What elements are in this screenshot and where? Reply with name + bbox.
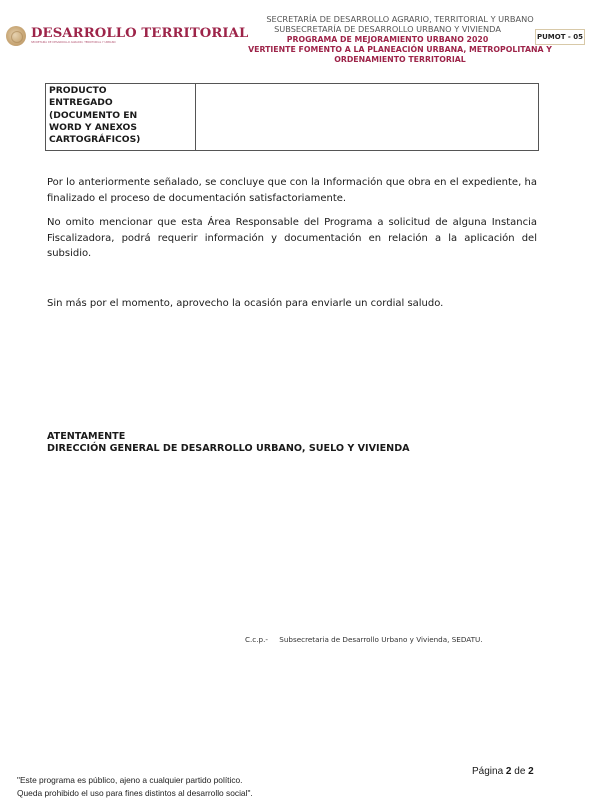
- signature-block: ATENTAMENTE DIRECCIÓN GENERAL DE DESARRO…: [47, 431, 410, 455]
- page-total: 2: [528, 766, 534, 777]
- page-of: de: [514, 766, 525, 777]
- label-line: (DOCUMENTO EN: [49, 110, 192, 122]
- ccp-recipient: Subsecretaria de Desarrollo Urbano y Viv…: [279, 635, 482, 644]
- header-ordenamiento: ORDENAMIENTO TERRITORIAL: [235, 55, 565, 65]
- carbon-copy: C.c.p.- Subsecretaria de Desarrollo Urba…: [245, 635, 483, 644]
- logo-title: DESARROLLO TERRITORIAL: [31, 27, 248, 41]
- signatory-text: DIRECCIÓN GENERAL DE DESARROLLO URBANO, …: [47, 443, 410, 455]
- page-current: 2: [506, 766, 512, 777]
- label-line: CARTOGRÁFICOS): [49, 134, 192, 146]
- page-label: Página: [472, 766, 503, 777]
- page-number: Página 2 de 2: [472, 766, 534, 777]
- brand-logo: DESARROLLO TERRITORIAL SECRETARÍA DE DES…: [6, 26, 248, 46]
- paragraph-fiscalization: No omito mencionar que esta Área Respons…: [47, 215, 537, 262]
- header-vertiente: VERTIENTE FOMENTO A LA PLANEACIÓN URBANA…: [235, 45, 565, 55]
- closing-text: ATENTAMENTE: [47, 431, 410, 443]
- product-table: PRODUCTO ENTREGADO (DOCUMENTO EN WORD Y …: [45, 83, 539, 151]
- header-subsecretaria: SUBSECRETARÍA DE DESARROLLO URBANO Y VIV…: [235, 25, 540, 35]
- footer-disclaimer: "Este programa es público, ajeno a cualq…: [17, 774, 253, 800]
- logo-text: DESARROLLO TERRITORIAL SECRETARÍA DE DES…: [31, 27, 248, 45]
- table-row: PRODUCTO ENTREGADO (DOCUMENTO EN WORD Y …: [46, 84, 539, 151]
- disclaimer-line: "Este programa es público, ajeno a cualq…: [17, 774, 253, 787]
- document-code-badge: PUMOT - 05: [535, 29, 585, 45]
- ccp-label: C.c.p.-: [245, 635, 268, 644]
- table-label-cell: PRODUCTO ENTREGADO (DOCUMENTO EN WORD Y …: [46, 84, 196, 151]
- table-value-cell: [196, 84, 539, 151]
- paragraph-greeting: Sin más por el momento, aprovecho la oca…: [47, 296, 537, 312]
- label-line: PRODUCTO: [49, 85, 192, 97]
- coat-of-arms-icon: [6, 26, 26, 46]
- paragraph-conclusion: Por lo anteriormente señalado, se conclu…: [47, 175, 537, 206]
- disclaimer-line: Queda prohibido el uso para fines distin…: [17, 787, 253, 800]
- label-line: ENTREGADO: [49, 97, 192, 109]
- logo-subtitle: SECRETARÍA DE DESARROLLO AGRARIO, TERRIT…: [31, 41, 248, 45]
- header-programa: PROGRAMA DE MEJORAMIENTO URBANO 2020: [235, 35, 540, 45]
- label-line: WORD Y ANEXOS: [49, 122, 192, 134]
